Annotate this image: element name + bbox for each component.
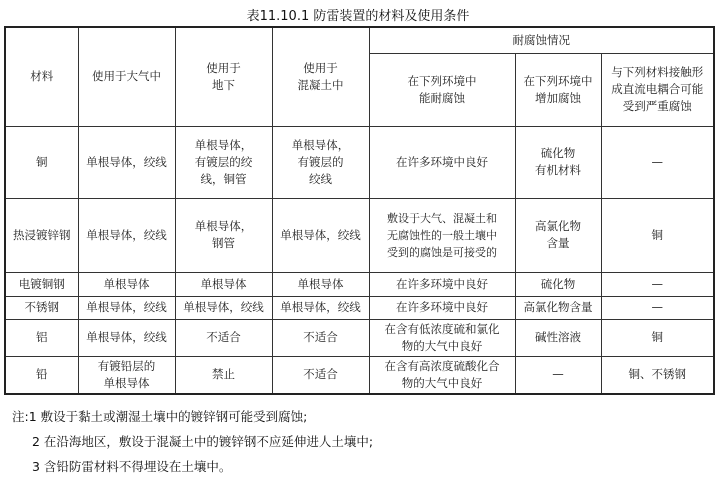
header-line: 使用于 <box>276 60 366 77</box>
cell-line: 高氯化物含量 <box>519 299 598 316</box>
header-line: 在下列环境中 <box>519 73 598 90</box>
cell-line: 不适合 <box>276 329 366 346</box>
header-ground: 使用于 地下 <box>175 27 272 126</box>
cell-line: 铜 <box>605 227 711 244</box>
cell-galvanic: 铜、不锈钢 <box>601 356 714 394</box>
cell-line: 有镀层的绞 <box>179 154 269 171</box>
header-line: 地下 <box>179 77 269 94</box>
table-row: 电镀铜钢 单根导体 单根导体 单根导体 在许多环境中良好 硫化物 — <box>5 272 714 296</box>
cell-increase: 碱性溶液 <box>515 319 601 356</box>
header-material: 材料 <box>5 27 78 126</box>
cell-material: 铜 <box>5 126 78 198</box>
cell-resist: 敷设于大气、混凝土和 无腐蚀性的一般土壤中 受到的腐蚀是可接受的 <box>369 198 515 272</box>
note-1: 注:1 敷设于黏土或潮湿土壤中的镀锌钢可能受到腐蚀; <box>12 404 373 429</box>
cell-line: 高氯化物 <box>519 218 598 235</box>
header-line: 混凝土中 <box>276 77 366 94</box>
cell-galvanic: 铜 <box>601 319 714 356</box>
cell-line: 不适合 <box>276 366 366 383</box>
cell-line: 硫化物 <box>519 276 598 293</box>
table-row: 铝 单根导体，绞线 不适合 不适合 在含有低浓度硫和氯化 物的大气中良好 碱性溶… <box>5 319 714 356</box>
header-concrete: 使用于 混凝土中 <box>272 27 369 126</box>
cell-ground: 单根导体 <box>175 272 272 296</box>
cell-air: 单根导体 <box>78 272 175 296</box>
cell-ground: 不适合 <box>175 319 272 356</box>
header-line: 增加腐蚀 <box>519 90 598 107</box>
cell-increase: 硫化物 有机材料 <box>515 126 601 198</box>
table-row: 铜 单根导体，绞线 单根导体， 有镀层的绞 线，铜管 单根导体， 有镀层的 绞线… <box>5 126 714 198</box>
cell-line: 含量 <box>519 235 598 252</box>
cell-line: 在含有低浓度硫和氯化 <box>373 321 512 338</box>
cell-line: 单根导体， <box>179 218 269 235</box>
cell-resist: 在含有低浓度硫和氯化 物的大气中良好 <box>369 319 515 356</box>
cell-air: 单根导体，绞线 <box>78 126 175 198</box>
cell-increase: 高氯化物含量 <box>515 296 601 319</box>
header-line: 与下列材料接触形 <box>605 64 711 81</box>
cell-air: 有镀铅层的 单根导体 <box>78 356 175 394</box>
cell-concrete: 不适合 <box>272 356 369 394</box>
cell-concrete: 单根导体 <box>272 272 369 296</box>
cell-line: 铜、不锈钢 <box>605 366 711 383</box>
cell-line: 物的大气中良好 <box>373 338 512 355</box>
header-corrosion-group: 耐腐蚀情况 <box>369 27 714 53</box>
cell-line: 无腐蚀性的一般土壤中 <box>373 227 512 244</box>
cell-air: 单根导体，绞线 <box>78 198 175 272</box>
cell-galvanic: — <box>601 126 714 198</box>
header-line: 成直流电耦合可能 <box>605 81 711 98</box>
cell-galvanic: — <box>601 296 714 319</box>
cell-line: 硫化物 <box>519 145 598 162</box>
cell-line: 单根导体，绞线 <box>82 154 172 171</box>
cell-material: 铝 <box>5 319 78 356</box>
cell-line: — <box>519 366 598 383</box>
cell-material: 不锈钢 <box>5 296 78 319</box>
header-line: 使用于 <box>179 60 269 77</box>
cell-line: 受到的腐蚀是可接受的 <box>373 244 512 261</box>
header-line: 在下列环境中 <box>373 73 512 90</box>
table-row: 铅 有镀铅层的 单根导体 禁止 不适合 在含有高浓度硫酸化合 物的大气中良好 —… <box>5 356 714 394</box>
cell-line: 在许多环境中良好 <box>373 299 512 316</box>
cell-air: 单根导体，绞线 <box>78 319 175 356</box>
cell-material: 铅 <box>5 356 78 394</box>
cell-ground: 禁止 <box>175 356 272 394</box>
cell-line: 单根导体，绞线 <box>82 329 172 346</box>
header-increase: 在下列环境中 增加腐蚀 <box>515 53 601 126</box>
cell-line: 单根导体 <box>82 276 172 293</box>
cell-ground: 单根导体， 有镀层的绞 线，铜管 <box>175 126 272 198</box>
cell-line: 有镀铅层的 <box>82 358 172 375</box>
note-3: 3 含铅防雷材料不得埋设在土壤中。 <box>12 454 373 479</box>
cell-material: 热浸镀锌钢 <box>5 198 78 272</box>
cell-line: 绞线 <box>276 171 366 188</box>
cell-material: 电镀铜钢 <box>5 272 78 296</box>
cell-line: 单根导体，绞线 <box>82 227 172 244</box>
cell-line: 不适合 <box>179 329 269 346</box>
cell-resist: 在含有高浓度硫酸化合 物的大气中良好 <box>369 356 515 394</box>
cell-resist: 在许多环境中良好 <box>369 272 515 296</box>
cell-concrete: 不适合 <box>272 319 369 356</box>
cell-line: 单根导体 <box>179 276 269 293</box>
cell-line: 有机材料 <box>519 162 598 179</box>
cell-line: 单根导体 <box>276 276 366 293</box>
note-2: 2 在沿海地区，敷设于混凝土中的镀锌钢不应延伸进人土壤中; <box>12 429 373 454</box>
header-line: 能耐腐蚀 <box>373 90 512 107</box>
header-galvanic: 与下列材料接触形 成直流电耦合可能 受到严重腐蚀 <box>601 53 714 126</box>
cell-line: 单根导体，绞线 <box>276 227 366 244</box>
cell-air: 单根导体，绞线 <box>78 296 175 319</box>
cell-line: 单根导体， <box>179 137 269 154</box>
cell-line: 单根导体，绞线 <box>179 299 269 316</box>
header-line: 受到严重腐蚀 <box>605 98 711 115</box>
cell-galvanic: — <box>601 272 714 296</box>
cell-line: 有镀层的 <box>276 154 366 171</box>
cell-line: 铜 <box>605 329 711 346</box>
cell-resist: 在许多环境中良好 <box>369 126 515 198</box>
header-resist: 在下列环境中 能耐腐蚀 <box>369 53 515 126</box>
table-row: 热浸镀锌钢 单根导体，绞线 单根导体， 钢管 单根导体，绞线 敷设于大气、混凝土… <box>5 198 714 272</box>
cell-line: 禁止 <box>179 366 269 383</box>
cell-ground: 单根导体，绞线 <box>175 296 272 319</box>
cell-line: 敷设于大气、混凝土和 <box>373 210 512 227</box>
cell-ground: 单根导体， 钢管 <box>175 198 272 272</box>
cell-line: 在许多环境中良好 <box>373 276 512 293</box>
cell-line: 线，铜管 <box>179 171 269 188</box>
cell-concrete: 单根导体， 有镀层的 绞线 <box>272 126 369 198</box>
cell-line: 碱性溶液 <box>519 329 598 346</box>
cell-line: 单根导体，绞线 <box>82 299 172 316</box>
notes: 注:1 敷设于黏土或潮湿土壤中的镀锌钢可能受到腐蚀; 2 在沿海地区，敷设于混凝… <box>12 404 373 479</box>
cell-concrete: 单根导体，绞线 <box>272 296 369 319</box>
cell-resist: 在许多环境中良好 <box>369 296 515 319</box>
cell-line: — <box>605 276 711 293</box>
cell-line: 单根导体， <box>276 137 366 154</box>
cell-line: 物的大气中良好 <box>373 375 512 392</box>
cell-line: 单根导体，绞线 <box>276 299 366 316</box>
cell-line: 单根导体 <box>82 375 172 392</box>
materials-table: 材料 使用于大气中 使用于 地下 使用于 混凝土中 耐腐蚀情况 在下列环境中 能… <box>4 26 715 395</box>
header-air: 使用于大气中 <box>78 27 175 126</box>
cell-line: 在含有高浓度硫酸化合 <box>373 358 512 375</box>
cell-line: — <box>605 154 711 171</box>
cell-line: 在许多环境中良好 <box>373 154 512 171</box>
cell-increase: — <box>515 356 601 394</box>
table-row: 不锈钢 单根导体，绞线 单根导体，绞线 单根导体，绞线 在许多环境中良好 高氯化… <box>5 296 714 319</box>
cell-increase: 高氯化物 含量 <box>515 198 601 272</box>
table-title: 表11.10.1 防雷装置的材料及使用条件 <box>0 5 716 24</box>
cell-galvanic: 铜 <box>601 198 714 272</box>
cell-line: 钢管 <box>179 235 269 252</box>
cell-increase: 硫化物 <box>515 272 601 296</box>
cell-line: — <box>605 299 711 316</box>
cell-concrete: 单根导体，绞线 <box>272 198 369 272</box>
